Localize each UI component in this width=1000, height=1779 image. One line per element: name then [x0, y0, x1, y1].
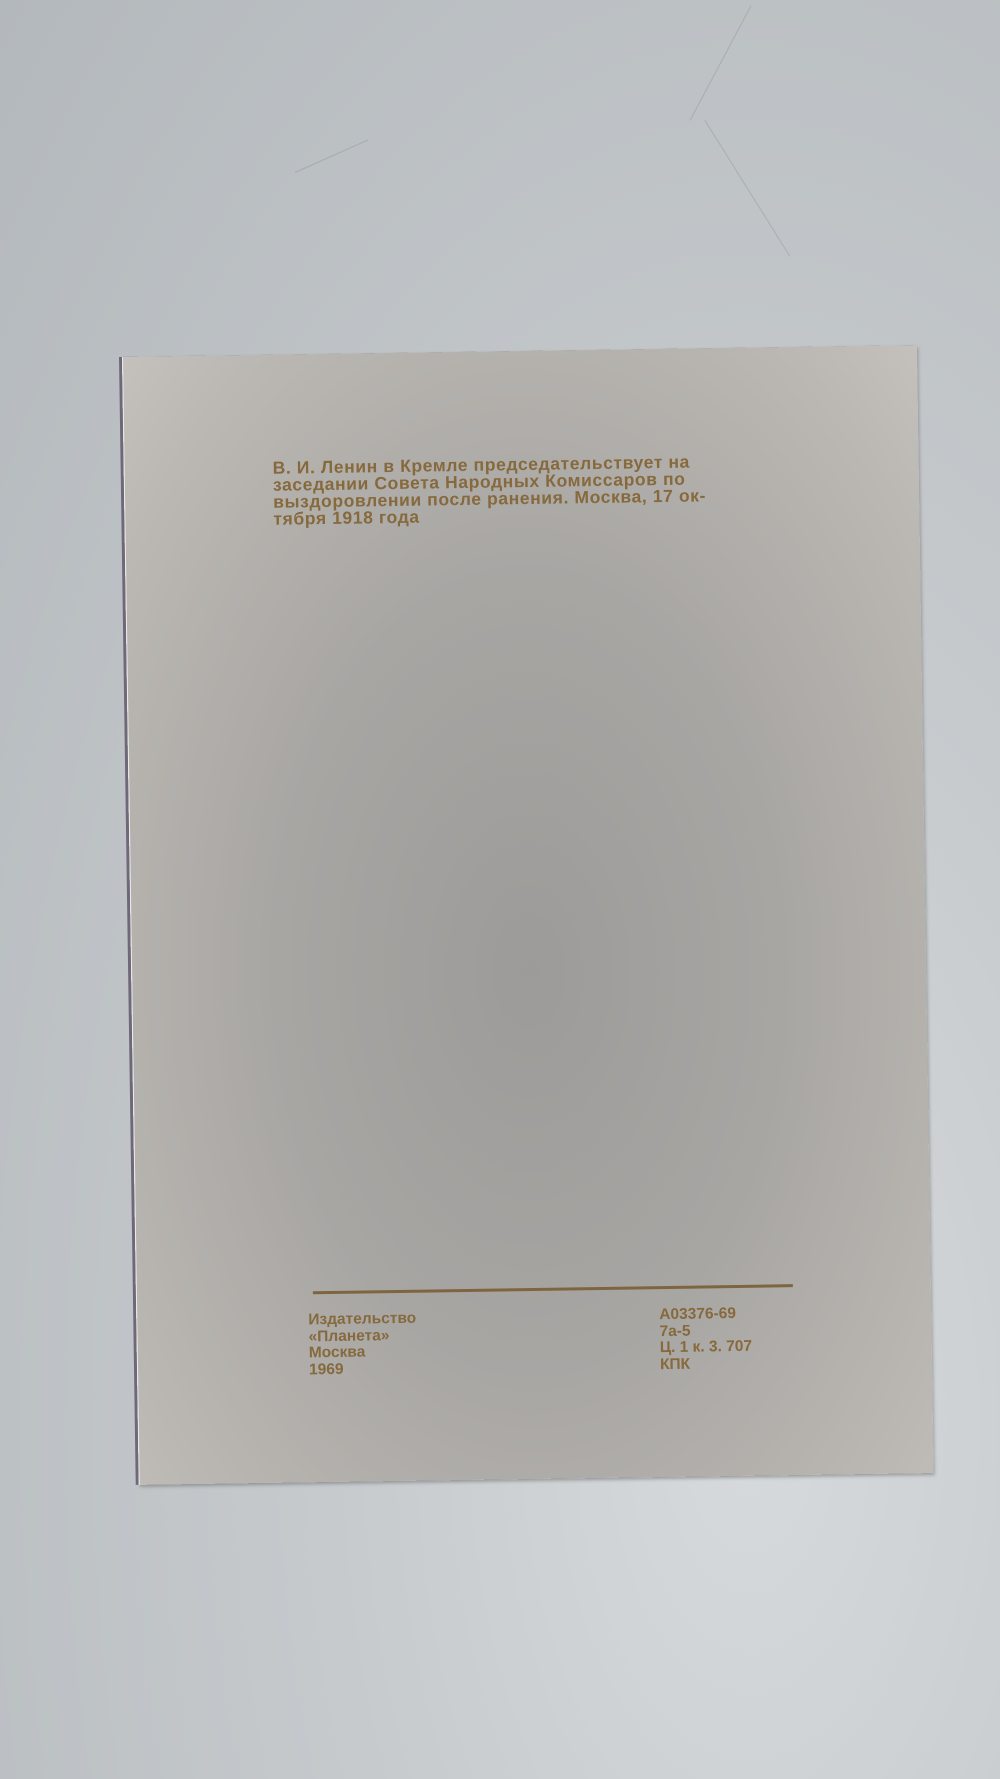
wall-scratch	[705, 120, 791, 256]
printer-code: КПК	[660, 1355, 753, 1373]
print-code: А03376-69	[659, 1306, 752, 1324]
print-codes: А03376-69 7а-5 Ц. 1 к. 3. 707 КПК	[659, 1306, 752, 1373]
postcard-caption: В. И. Ленин в Кремле председательствует …	[273, 452, 824, 528]
divider-rule	[313, 1284, 793, 1294]
wall-scratch	[690, 5, 752, 120]
publisher-year: 1969	[309, 1360, 417, 1378]
publisher-line: Издательство	[308, 1311, 416, 1329]
price-code: Ц. 1 к. 3. 707	[660, 1339, 753, 1357]
publisher-imprint: Издательство «Планета» Москва 1969	[308, 1311, 417, 1379]
postcard-back: В. И. Ленин в Кремле председательствует …	[122, 345, 934, 1485]
publisher-city: Москва	[309, 1344, 417, 1362]
wall-scratch	[295, 140, 368, 173]
